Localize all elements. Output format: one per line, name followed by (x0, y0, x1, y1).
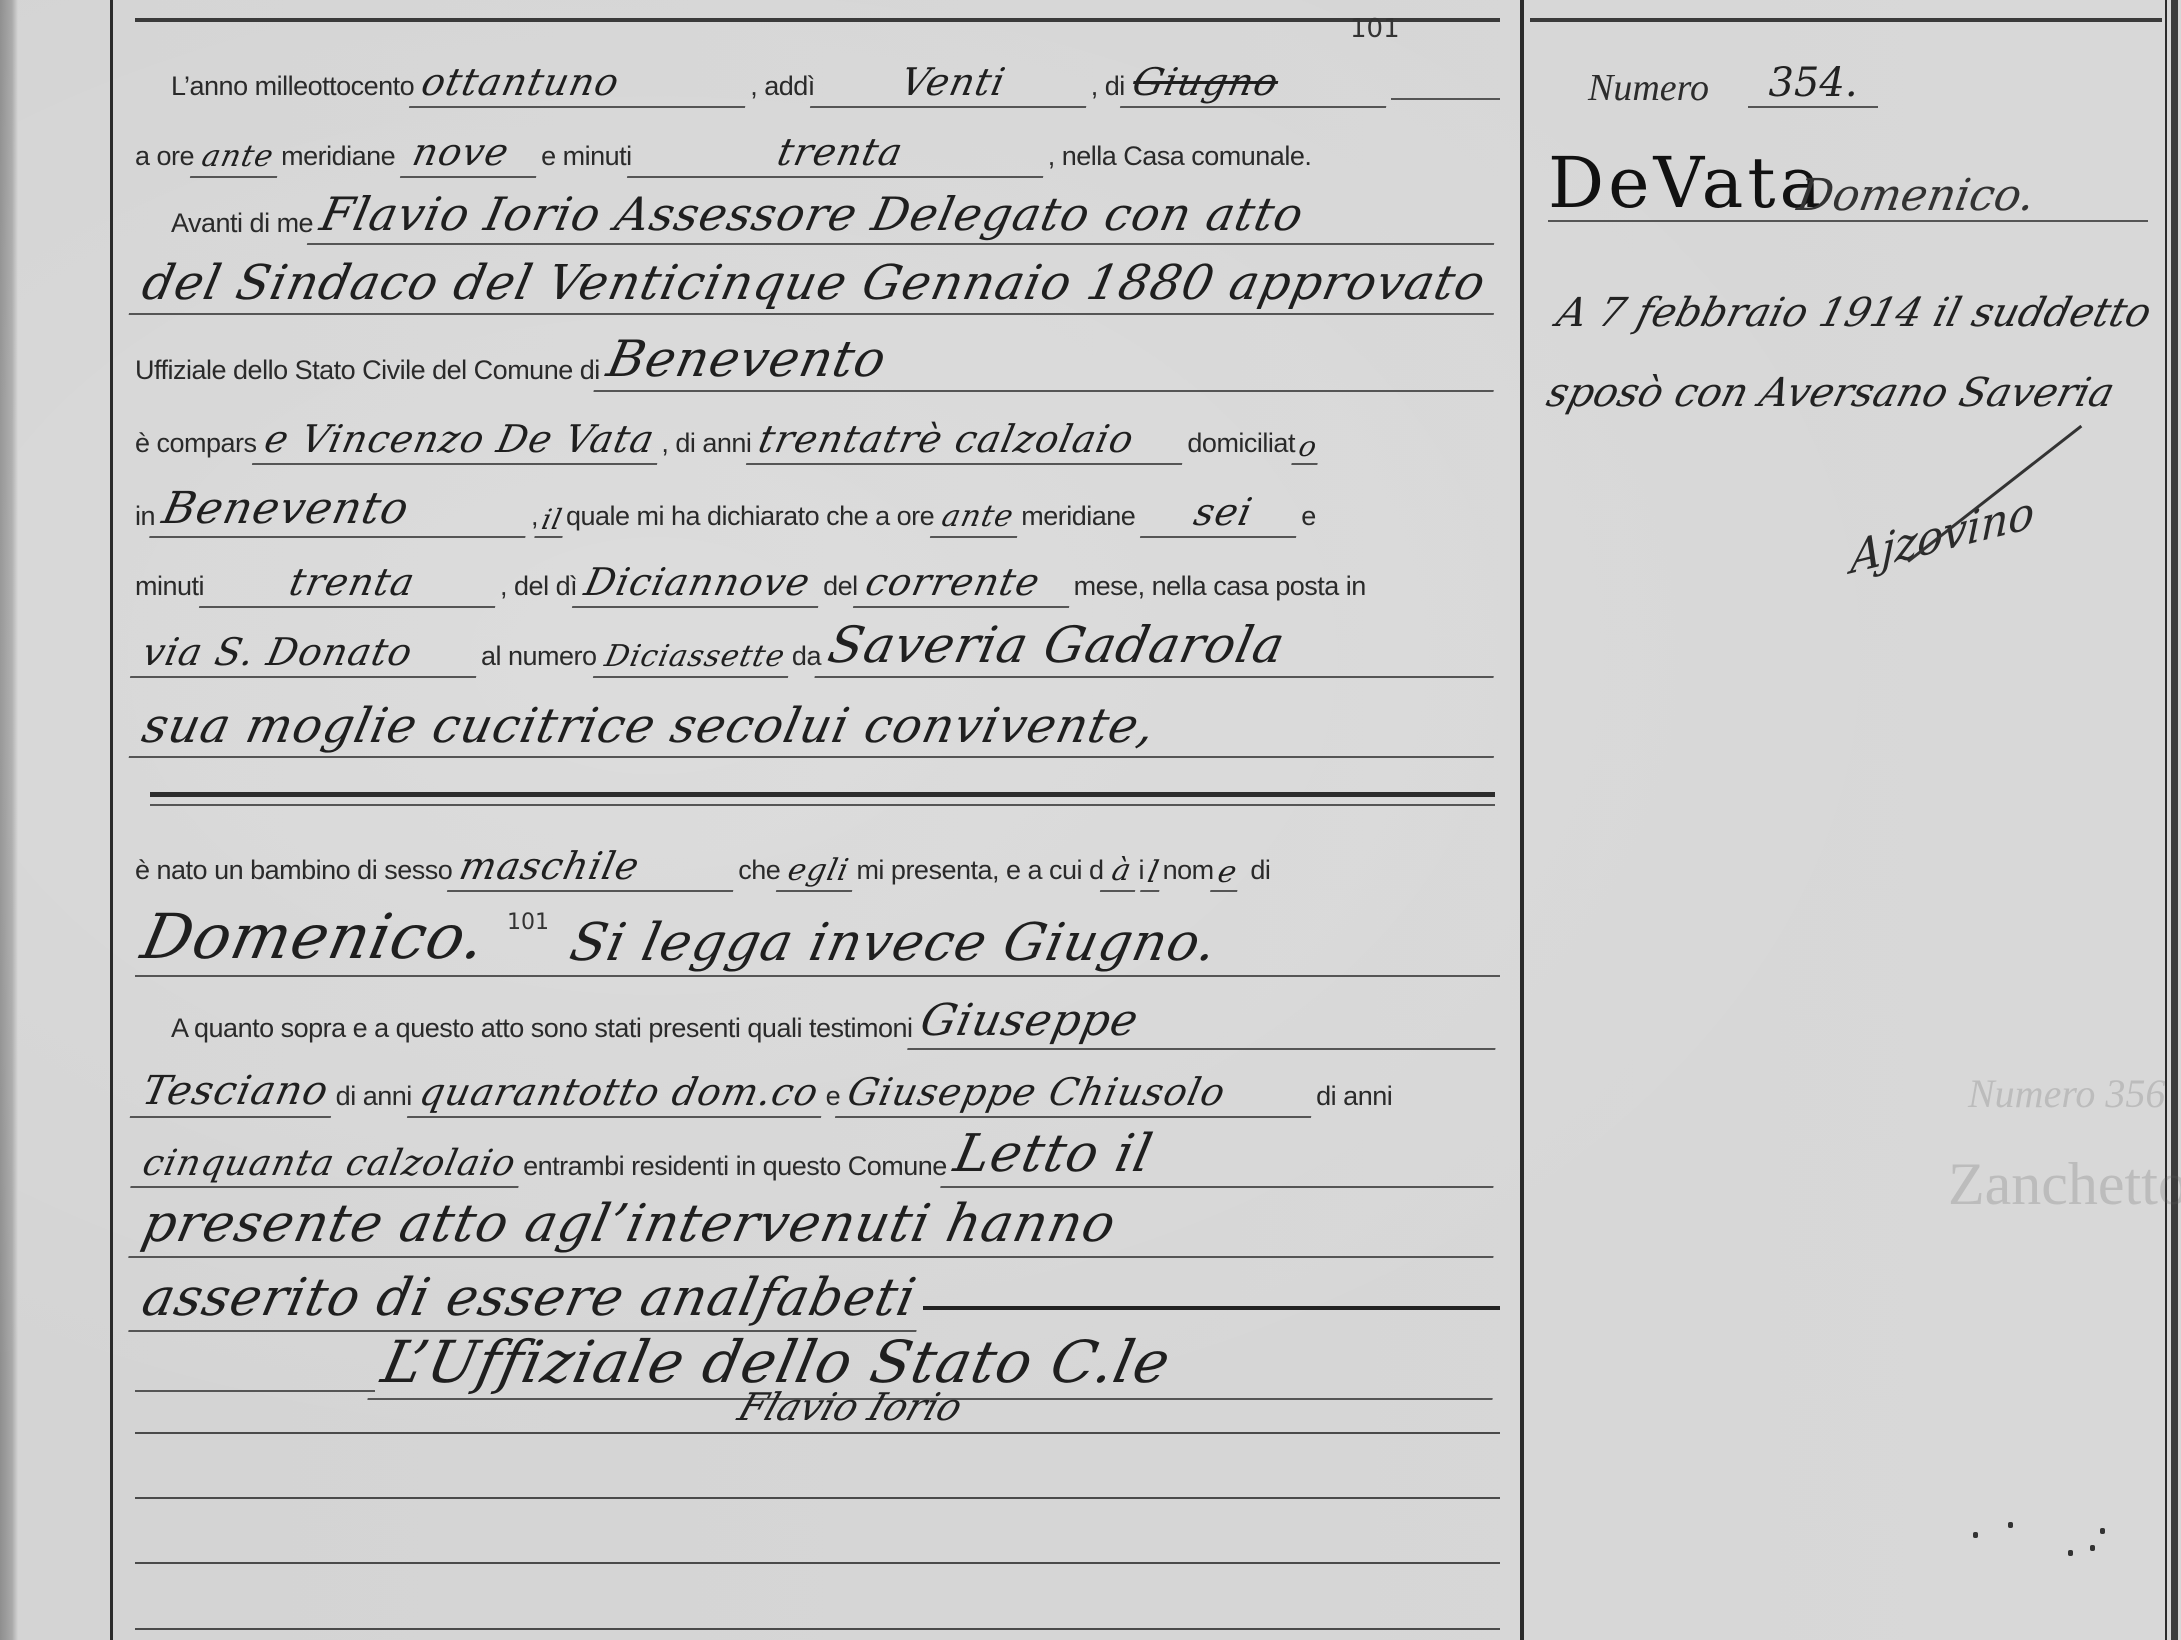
line-witnesses: A quanto sopra e a questo atto sono stat… (135, 980, 1500, 1050)
line-closing3: asserito di essere analfabeti (135, 1262, 1500, 1332)
label-nato: è nato un bambino di sesso (135, 855, 452, 892)
line-year: L’anno milleottocento ottantuno , addì V… (135, 38, 1500, 108)
field-verb: à (1099, 853, 1142, 892)
field-birth-hour: sei (1140, 490, 1306, 538)
label-del-di: , del dì (500, 571, 577, 608)
label-meridiane: meridiane (281, 141, 395, 178)
margin-name-underline (1548, 220, 2148, 222)
ink-speck (2068, 1550, 2073, 1556)
field-minutes: trenta (627, 130, 1053, 178)
right-border-thin (2165, 0, 2167, 1640)
field-child-name: Domenico. (127, 900, 501, 975)
line-delegation: del Sindaco del Venticinque Gennaio 1880… (135, 245, 1500, 315)
line-witness2-age: cinquanta calzolaio entrambi residenti i… (135, 1118, 1500, 1188)
label-meridiane-2: meridiane (1021, 501, 1135, 538)
ink-speck (2100, 1528, 2105, 1534)
field-witness1-age: quarantotto dom.co (407, 1070, 831, 1118)
right-border-thick (2171, 0, 2178, 1640)
field-pronoun: egli (776, 853, 860, 892)
field-birth-minutes: trenta (199, 560, 505, 608)
blank-rule-1 (135, 1432, 1500, 1434)
field-witness2-age: cinquanta calzolaio (130, 1143, 528, 1188)
label-e: e (1301, 501, 1316, 538)
field-ante: ante (190, 139, 285, 178)
field-birth-month: corrente (853, 560, 1079, 608)
field-witness1-last: Tesciano (130, 1068, 341, 1118)
field-birth-ante: ante (930, 499, 1025, 538)
field-closing1: Letto il (940, 1124, 1507, 1188)
marriage-note-line2: sposò con Aversano Saveria (1542, 370, 2119, 416)
correction-ref: 101 (507, 910, 549, 935)
section-rule-thick (150, 792, 1495, 797)
numero-value: 354. (1748, 60, 1878, 108)
field-witness2: Giuseppe Chiusolo (835, 1070, 1321, 1118)
label-del: del (823, 571, 858, 608)
field-article: il (534, 503, 569, 538)
bleedthrough-numero: Numero 356 (1968, 1070, 2165, 1117)
field-month-original: Giugno (1120, 60, 1396, 108)
blank-rule-2 (135, 1497, 1500, 1499)
field-street: via S. Donato (130, 630, 486, 678)
label-mese: mese, nella casa posta in (1074, 571, 1366, 608)
field-house-number: Diciassette (592, 639, 796, 678)
field-birth-day: Diciannove (572, 560, 828, 608)
blank-rule-4 (135, 1628, 1500, 1630)
label-a-ore: a ore (135, 141, 194, 178)
label-di: , di (1091, 71, 1125, 108)
line-officer: Avanti di me Flavio Iorio Assessore Dele… (135, 175, 1500, 245)
line-address: via S. Donato al numero Diciassette da S… (135, 608, 1500, 678)
line-comune: Uffiziale dello Stato Civile del Comune … (135, 322, 1500, 392)
margin-surname: DeVata (1548, 142, 1825, 224)
label-che: che (738, 855, 780, 892)
line-child-name: Domenico. 101 Si legga invece Giugno. (135, 895, 1500, 975)
column-divider (1520, 0, 1524, 1640)
label-dichiarato: quale mi ha dichiarato che a ore (566, 501, 934, 538)
field-sex: maschile (447, 844, 743, 892)
label-al-numero: al numero (481, 641, 597, 678)
field-declarant-age: trentatrè calzolaio (746, 417, 1192, 465)
field-comune: Benevento (593, 330, 1506, 392)
bleedthrough-name: Zanchetto (1948, 1150, 2181, 1219)
label-addi: , addì (750, 71, 815, 108)
label-avanti: Avanti di me (171, 208, 313, 245)
line-witness-details: Tesciano di anni quarantotto dom.co e Gi… (135, 1048, 1500, 1118)
label-e-minuti: e minuti (541, 141, 632, 178)
field-closing3: asserito di essere analfabeti (128, 1268, 929, 1332)
line-closing2: presente atto agl’intervenuti hanno (135, 1188, 1500, 1258)
field-closing2: presente atto agl’intervenuti hanno (128, 1194, 1507, 1258)
ink-speck (2090, 1545, 2095, 1551)
field-declarant: e Vincenzo De Vata (251, 417, 666, 465)
numero-label: Numero (1588, 66, 1709, 110)
ink-speck (2008, 1522, 2013, 1528)
section-rule-thin (150, 804, 1495, 806)
label-year: L’anno milleottocento (171, 71, 414, 108)
line-mother-desc: sua moglie cucitrice secolui convivente, (135, 688, 1500, 758)
label-minuti: minuti (135, 571, 204, 608)
blank-rule-3 (135, 1562, 1500, 1564)
line-time: a ore ante meridiane nove e minuti trent… (135, 108, 1500, 178)
label-di-anni: , di anni (661, 428, 751, 465)
field-officer: Flavio Iorio Assessore Delegato con atto (307, 187, 1506, 245)
field-mother-desc: sua moglie cucitrice secolui convivente, (129, 698, 1507, 758)
label-witness1-anni: di anni (336, 1081, 412, 1118)
field-correction-note: Si legga invece Giugno. (556, 913, 1506, 975)
ink-speck (1973, 1532, 1978, 1538)
label-presenta: mi presenta, e a cui d (856, 855, 1103, 892)
line-birth-date: minuti trenta , del dì Diciannove del co… (135, 538, 1500, 608)
field-domiciliat-suffix: o (1291, 430, 1324, 465)
label-witness2-anni: di anni (1316, 1081, 1392, 1118)
field-year: ottantuno (409, 60, 755, 108)
field-delegation: del Sindaco del Venticinque Gennaio 1880… (129, 255, 1507, 315)
line-declarant: è compars e Vincenzo De Vata , di anni t… (135, 395, 1500, 465)
label-ufficiale: Uffiziale dello Stato Civile del Comune … (135, 355, 600, 392)
field-hour: nove (400, 130, 546, 178)
label-compars: è compars (135, 428, 257, 465)
field-nome-suffix: e (1210, 855, 1245, 892)
label-di-name: di (1250, 855, 1270, 892)
line-sex: è nato un bambino di sesso maschile che … (135, 822, 1500, 892)
label-casa-comunale: , nella Casa comunale. (1048, 141, 1312, 178)
marriage-note-line1: A 7 febbraio 1914 il suddetto (1552, 290, 2156, 336)
field-witness1-first: Giuseppe (907, 995, 1506, 1050)
margin-given-name: Domenico. (1794, 170, 2039, 221)
top-rule-main (135, 18, 1500, 22)
field-mother: Saveria Gadarola (814, 616, 1506, 678)
label-domiciliat: domiciliat (1187, 428, 1295, 465)
label-testimoni: A quanto sopra e a questo atto sono stat… (171, 1013, 913, 1050)
line-residence: in Benevento , il quale mi ha dichiarato… (135, 468, 1500, 538)
child-name-underline (135, 975, 1500, 977)
label-residenti: entrambi residenti in questo Comune (523, 1151, 947, 1188)
label-nom: nom (1163, 855, 1214, 892)
left-page-border (110, 0, 113, 1640)
margin-column: Numero 354. DeVata Domenico. A 7 febbrai… (1528, 0, 2160, 1640)
field-residence: Benevento (149, 483, 537, 538)
official-signature: Flavio Iorio (733, 1385, 968, 1429)
field-day: Venti (810, 60, 1096, 108)
